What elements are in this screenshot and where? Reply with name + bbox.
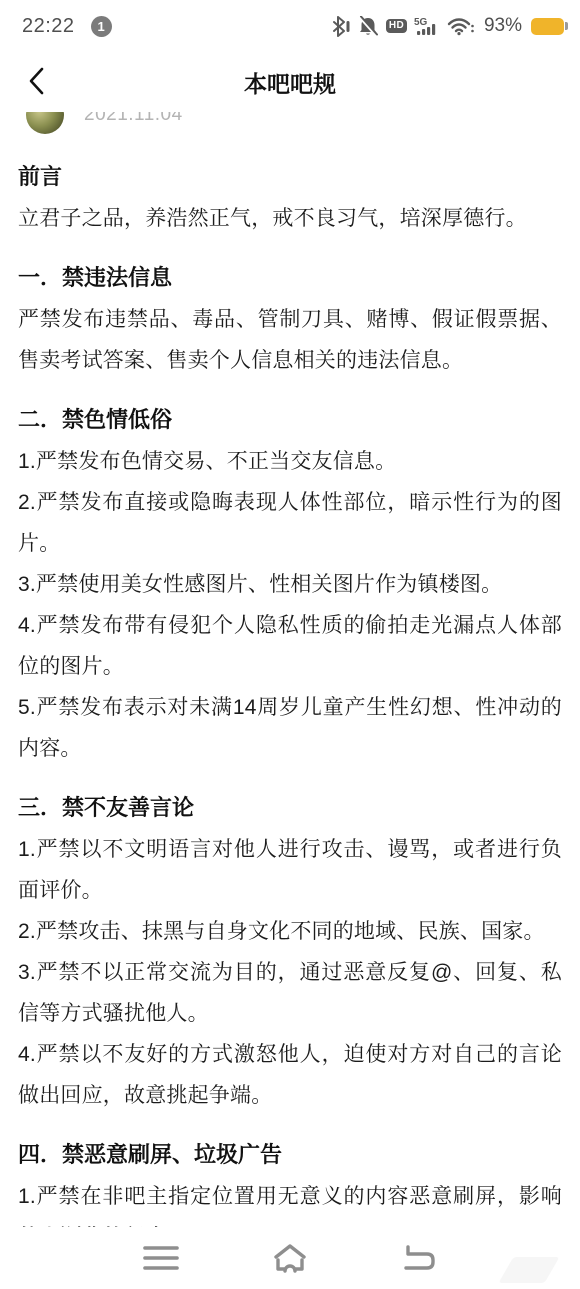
- nav-home-button[interactable]: [271, 1240, 309, 1278]
- section-heading-4: 四．禁恶意刷屏、垃圾广告: [18, 1140, 562, 1170]
- rule-paragraph: 1.严禁发布色情交易、不正当交友信息。: [18, 441, 562, 482]
- nav-menu-button[interactable]: [142, 1240, 180, 1278]
- home-icon: [272, 1243, 308, 1276]
- clock: 22:22: [22, 15, 75, 38]
- rule-paragraph: 3.严禁不以正常交流为目的，通过恶意反复@、回复、私信等方式骚扰他人。: [18, 952, 562, 1034]
- nav-back-button[interactable]: [400, 1240, 438, 1278]
- rule-paragraph: 5.严禁发布表示对未满14周岁儿童产生性幻想、性冲动的内容。: [18, 687, 562, 769]
- rule-paragraph: 2.严禁攻击、抹黑与自身文化不同的地域、民族、国家。: [18, 911, 562, 952]
- section-heading-preface: 前言: [18, 162, 562, 192]
- watermark: [498, 1257, 559, 1283]
- section-heading-2: 二．禁色情低俗: [18, 405, 562, 435]
- battery-percent: 93%: [484, 15, 522, 37]
- rule-paragraph: 严禁发布违禁品、毒品、管制刀具、赌博、假证假票据、售卖考试答案、售卖个人信息相关…: [18, 299, 562, 381]
- status-icons: HD 5G 93%: [331, 15, 564, 37]
- section-heading-1: 一．禁违法信息: [18, 263, 562, 293]
- rules-content: 前言 立君子之品，养浩然正气，戒不良习气，培深厚德行。 一．禁违法信息 严禁发布…: [0, 162, 580, 1258]
- rule-paragraph: 4.严禁以不友好的方式激怒他人，迫使对方对自己的言论做出回应，故意挑起争端。: [18, 1034, 562, 1116]
- rule-paragraph: 4.严禁发布带有侵犯个人隐私性质的偷拍走光漏点人体部位的图片。: [18, 605, 562, 687]
- section-heading-3: 三．禁不友善言论: [18, 793, 562, 823]
- post-meta-row: 2021.11.04: [0, 112, 580, 138]
- svg-text:5G: 5G: [414, 17, 428, 28]
- rule-paragraph: 3.严禁使用美女性感图片、性相关图片作为镇楼图。: [18, 564, 562, 605]
- notification-count-badge: 1: [91, 16, 112, 37]
- bluetooth-icon: [331, 16, 350, 37]
- bell-muted-icon: [357, 16, 379, 37]
- rule-paragraph: 2.严禁发布直接或隐晦表现人体性部位，暗示性行为的图片。: [18, 482, 562, 564]
- page-title: 本吧吧规: [244, 66, 336, 99]
- back-button[interactable]: [20, 66, 52, 98]
- post-date: 2021.11.04: [84, 112, 183, 126]
- hd-badge-icon: HD: [386, 19, 407, 33]
- avatar[interactable]: [26, 112, 64, 134]
- rule-paragraph: 1.严禁以不文明语言对他人进行攻击、谩骂，或者进行负面评价。: [18, 829, 562, 911]
- signal-5g-icon: 5G: [414, 16, 440, 37]
- app-header: 本吧吧规: [0, 52, 580, 112]
- battery-icon: [531, 18, 564, 35]
- system-nav-bar: [0, 1227, 580, 1289]
- menu-icon: [143, 1245, 179, 1274]
- chevron-left-icon: [27, 66, 45, 99]
- rule-paragraph: 立君子之品，养浩然正气，戒不良习气，培深厚德行。: [18, 198, 562, 239]
- back-icon: [401, 1244, 437, 1275]
- wifi-icon: [447, 16, 475, 36]
- status-bar: 22:22 1 HD 5G: [0, 0, 580, 52]
